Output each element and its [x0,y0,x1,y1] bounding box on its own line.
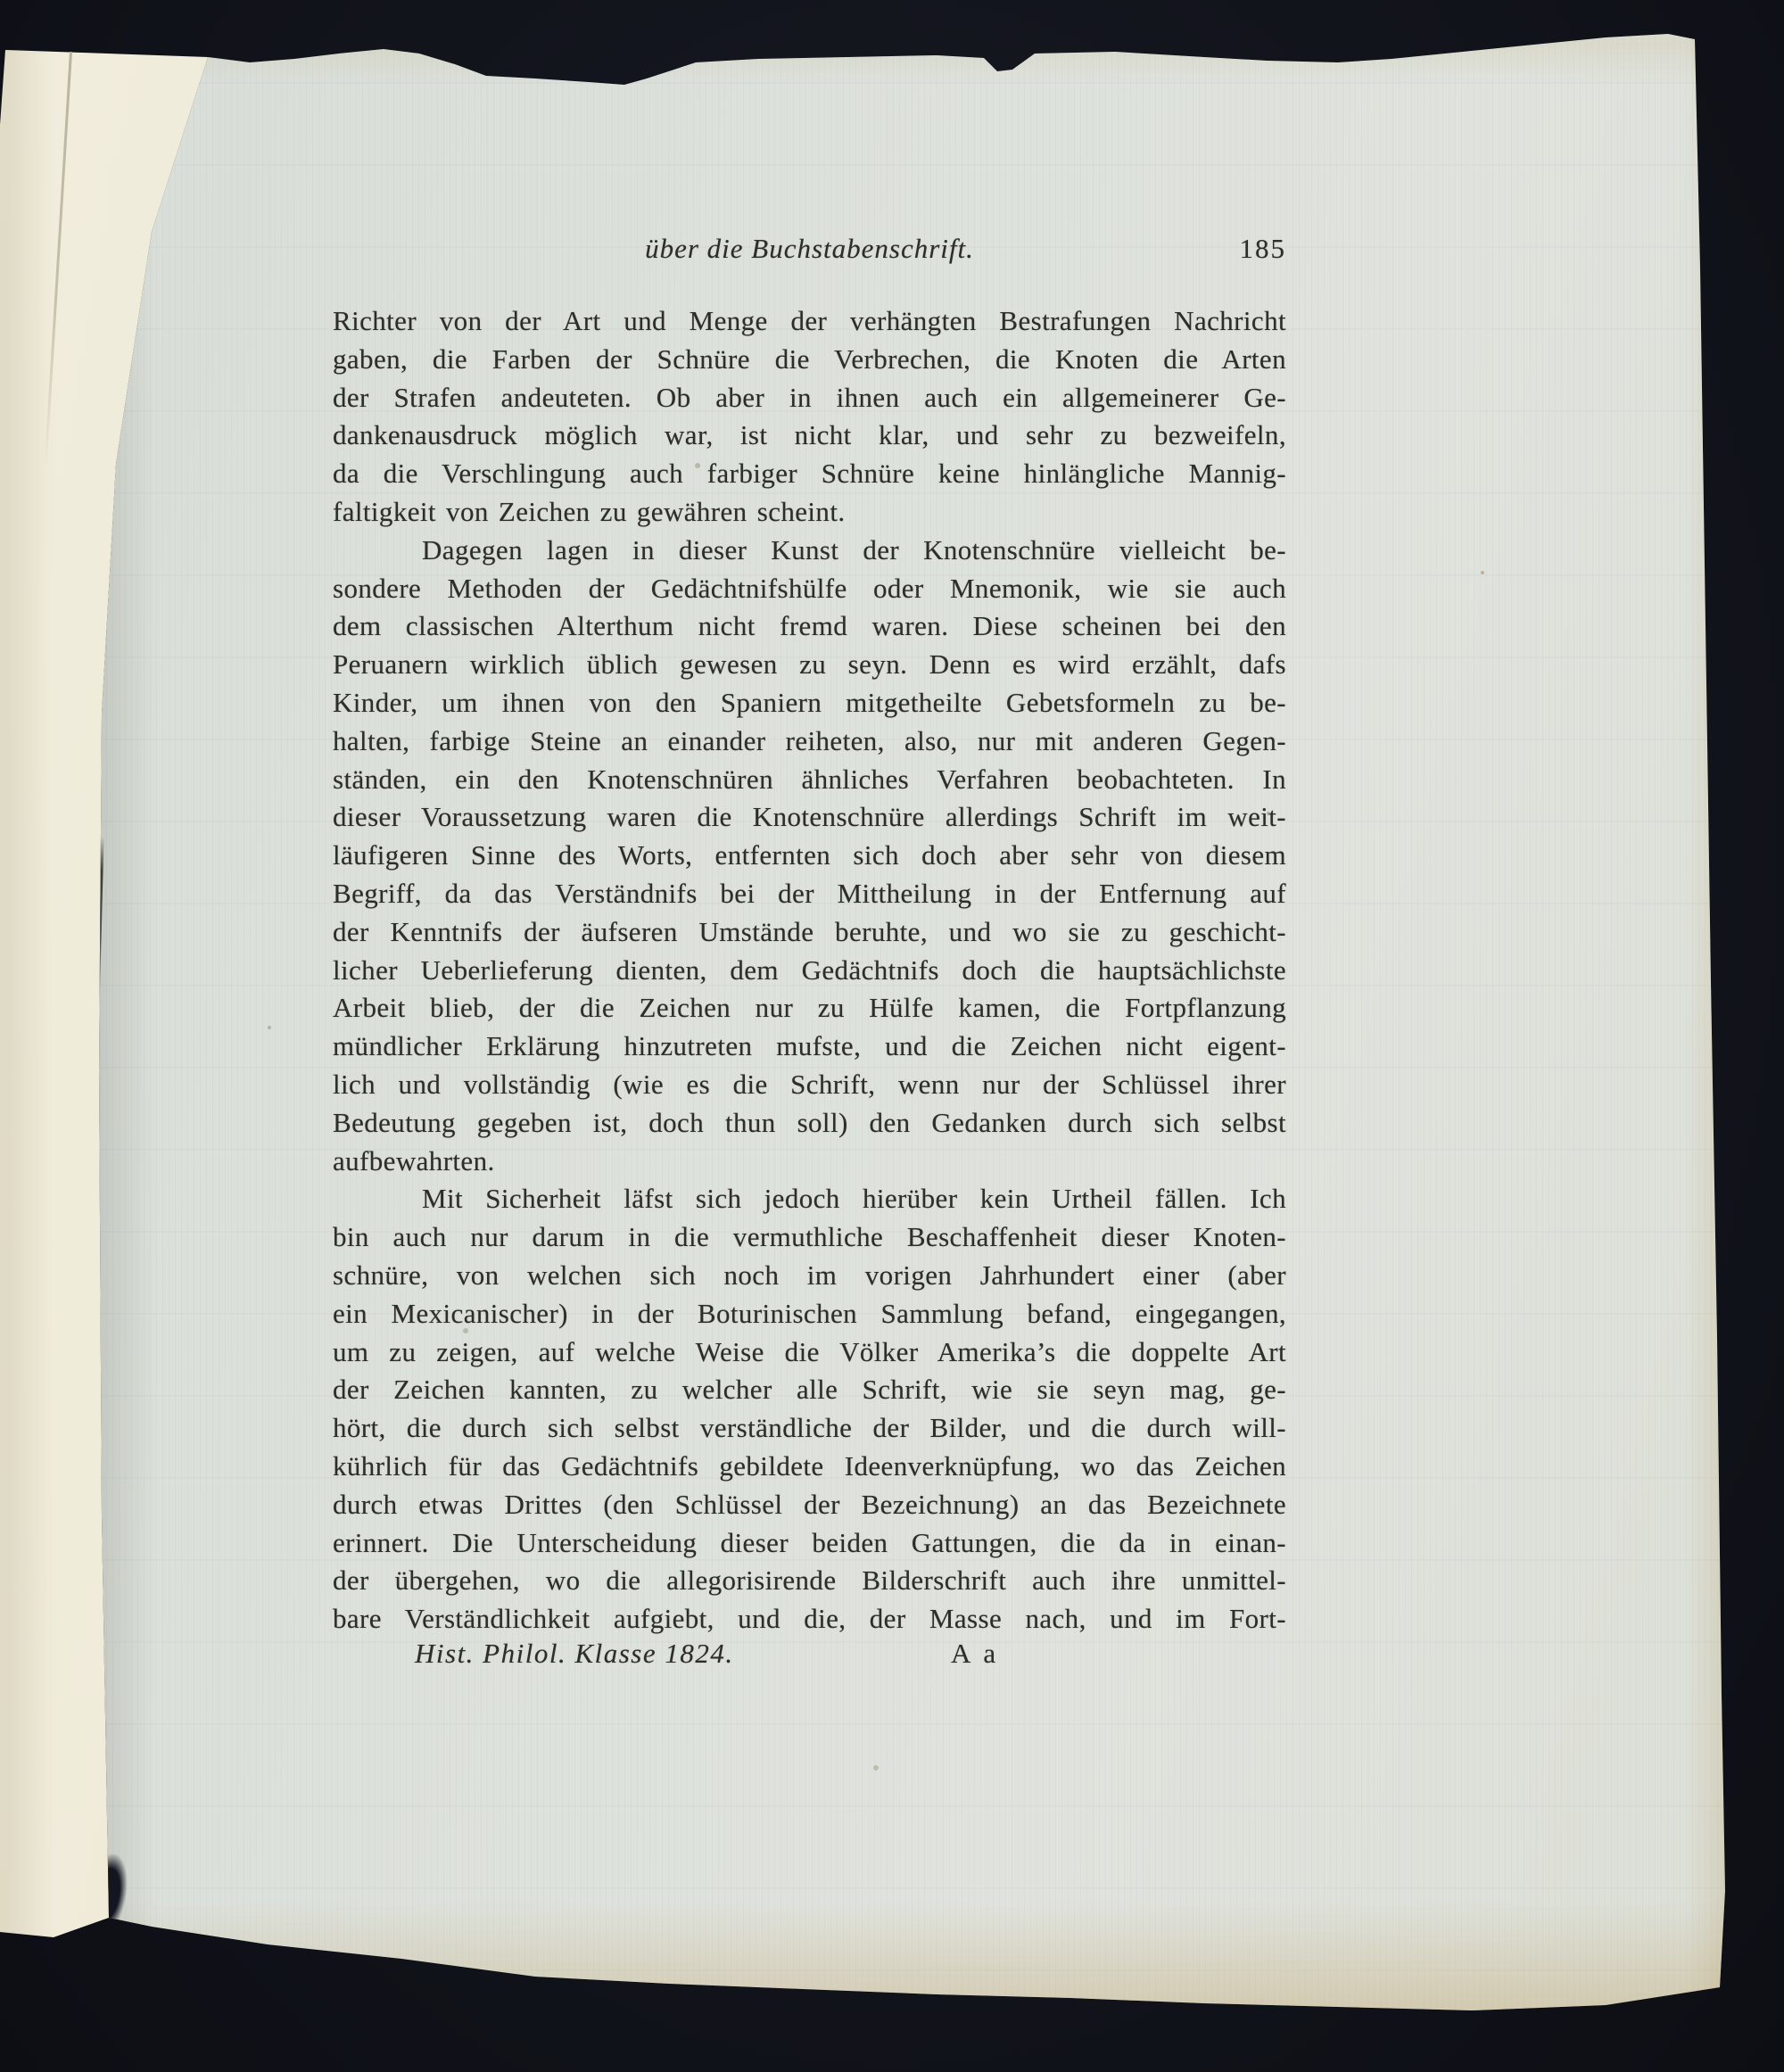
imprint: Hist. Philol. Klasse 1824. [415,1638,734,1669]
text-line: faltigkeit von Zeichen zu gewähren schei… [333,493,1286,532]
page-number: 185 [1240,229,1287,268]
text-line: Peruanern wirklich üblich gewesen zu sey… [333,646,1286,684]
text-line: bin auch nur darum in die vermuthliche B… [333,1218,1286,1257]
text-line: mündlicher Erklärung hinzutreten mufste,… [333,1028,1286,1066]
text-line: gaben, die Farben der Schnüre die Verbre… [333,341,1286,379]
text-line: aufbewahrten. [333,1143,1286,1181]
paper-specks [0,0,4,4]
text-line: Begriff, da das Verständnifs bei der Mit… [333,875,1286,913]
scan-backdrop: über die Buchstabenschrift. 185 Richter … [0,0,1784,2072]
text-line: Mit Sicherheit läfst sich jedoch hierübe… [333,1180,1286,1218]
text-line: halten, farbige Steine an einander reihe… [333,722,1286,761]
text-line: dem classischen Alterthum nicht fremd wa… [333,607,1286,646]
running-title: über die Buchstabenschrift. [333,229,1286,268]
page-footer: Hist. Philol. Klasse 1824. A a [333,1634,1286,1672]
text-line: Richter von der Art und Menge der verhän… [333,302,1286,341]
text-line: sondere Methoden der Gedächtnifshülfe od… [333,570,1286,608]
text-line: bare Verständlichkeit aufgiebt, und die,… [333,1600,1286,1639]
text-line: der Kenntnifs der äufseren Umstände beru… [333,913,1286,952]
text-line: durch etwas Drittes (den Schlüssel der B… [333,1486,1286,1524]
text-line: der Zeichen kannten, zu welcher alle Sch… [333,1371,1286,1409]
text-line: hört, die durch sich selbst verständlich… [333,1409,1286,1448]
edge-tint-right [1686,36,1729,2001]
text-line: da die Verschlingung auch farbiger Schnü… [333,455,1286,493]
text-line: Arbeit blieb, der die Zeichen nur zu Hül… [333,989,1286,1028]
text-line: um zu zeigen, auf welche Weise die Völke… [333,1333,1286,1372]
text-line: Bedeutung gegeben ist, doch thun soll) d… [333,1104,1286,1143]
text-line: läufigeren Sinne des Worts, entfernten s… [333,837,1286,875]
edge-tint-top [89,34,1730,80]
body-text: Richter von der Art und Menge der verhän… [333,302,1286,1639]
text-line: erinnert. Die Unterscheidung dieser beid… [333,1524,1286,1563]
text-line: licher Ueberlieferung dienten, dem Gedäc… [333,952,1286,990]
text-line: der übergehen, wo die allegorisirende Bi… [333,1562,1286,1600]
text-line: Dagegen lagen in dieser Kunst der Knoten… [333,532,1286,570]
text-line: dankenausdruck möglich war, ist nicht kl… [333,417,1286,455]
book-page: über die Buchstabenschrift. 185 Richter … [0,0,1784,2072]
edge-tint-bottom [98,1903,1730,2018]
page-header: über die Buchstabenschrift. 185 [333,229,1286,268]
text-line: dieser Voraussetzung waren die Knotensch… [333,798,1286,837]
text-line: Kinder, um ihnen von den Spaniern mitget… [333,684,1286,722]
text-line: der Strafen andeuteten. Ob aber in ihnen… [333,379,1286,417]
text-line: ein Mexicanischer) in der Boturinischen … [333,1295,1286,1333]
text-line: schnüre, von welchen sich noch im vorige… [333,1257,1286,1295]
text-line: lich und vollständig (wie es die Schrift… [333,1066,1286,1104]
text-line: kührlich für das Gedächtnifs gebildete I… [333,1448,1286,1486]
text-line: ständen, ein den Knotenschnüren ähnliche… [333,761,1286,799]
signature-mark: A a [951,1634,999,1672]
